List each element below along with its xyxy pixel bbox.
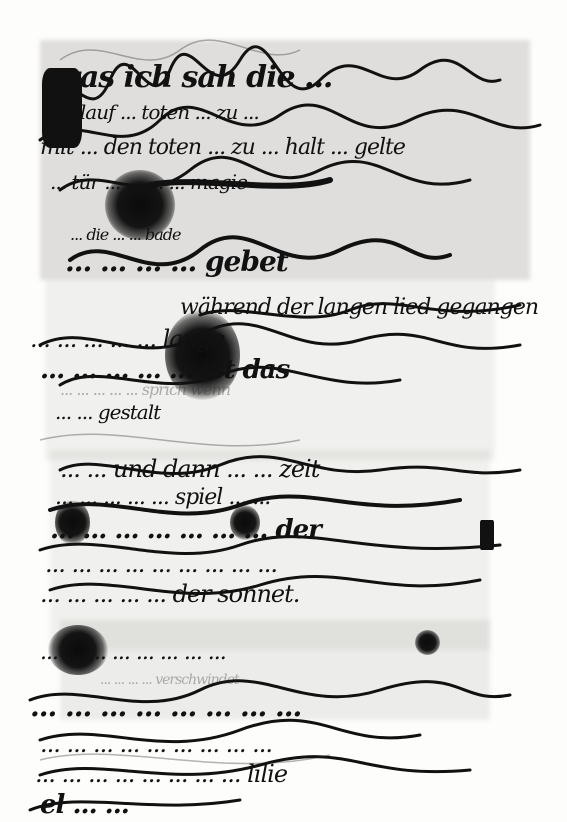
script-line: ... ... ... ... ... ... ... der	[50, 515, 321, 545]
script-line: vorlauf ... toten ... zu ...	[50, 100, 259, 124]
script-line: ... ... ... ... ... spiel ... ...	[55, 485, 270, 510]
script-line: el ... ...	[40, 790, 129, 820]
script-line: ... ... ... ... ... ... ... ... lilie	[35, 760, 287, 788]
script-line: ... ... ... ... ... ... ... ...	[30, 690, 301, 723]
script-line: ... ... ... ... gebet	[65, 245, 288, 278]
script-line: ... ... ... ... ... ... ... ... ...	[40, 730, 272, 758]
script-line: ... ... ... ... verschwindet	[100, 672, 238, 688]
script-line: ... ... ... ... ... lange	[30, 325, 225, 353]
script-line: ... tür ... ... ... ... magie	[50, 170, 247, 194]
ink-artwork-canvas: was ich sah die ... vorlauf ... toten ..…	[0, 0, 567, 822]
script-line: ... ... ... ... ... ... ... ... ...	[45, 550, 277, 578]
script-line: ... ... ... ... ... ... ... ...	[40, 640, 226, 665]
script-line: ... ... und dann ... ... zeit	[60, 455, 319, 483]
script-line: ... die ... ... bade	[70, 225, 180, 244]
script-line: ... ... ... ... ... sprich wenn	[60, 380, 230, 399]
script-line: mit ... den toten ... zu ... halt ... ge…	[40, 135, 405, 160]
script-line: ... ... gestalt	[55, 400, 160, 424]
script-line: ... ... ... ... ... der sonnet.	[40, 580, 299, 608]
script-line: was ich sah die ...	[55, 60, 332, 95]
script-line: während der langen lied gegangen	[180, 295, 538, 320]
